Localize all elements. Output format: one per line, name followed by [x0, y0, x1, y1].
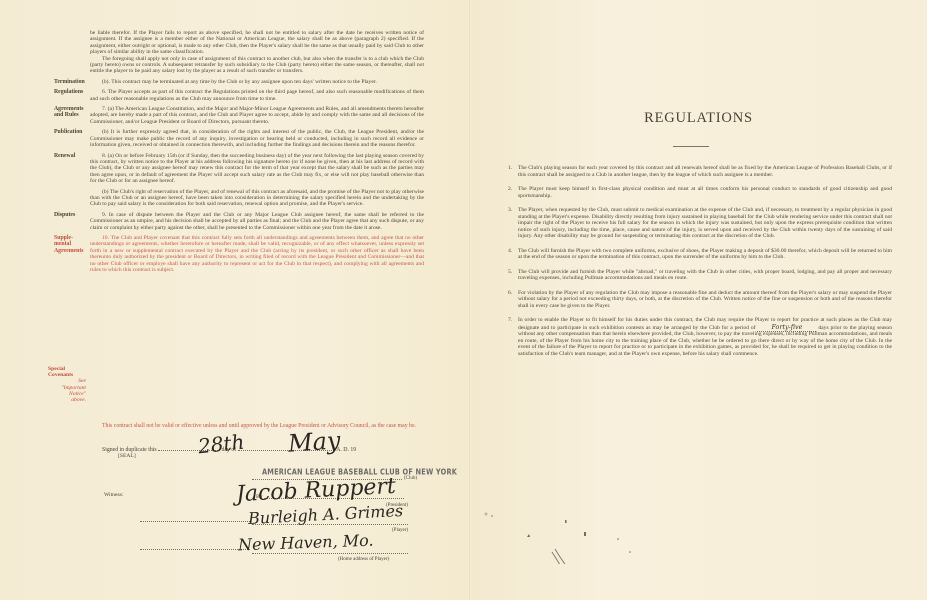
intro-block: be liable therefor. If the Player fails … [54, 30, 424, 75]
special-covenants-title: Special Covenants [48, 366, 90, 378]
seal-label: [SEAL] [118, 453, 136, 459]
section-disputes: Disputes 9. In case of dispute between t… [54, 212, 424, 231]
regulation-item: 3. The Player, when requested by the Clu… [508, 207, 892, 240]
regulation-text: For violation by the Player of any regul… [518, 290, 892, 310]
regulation-number: 4. [508, 248, 518, 261]
address-caption: (Home address of Player) [338, 557, 389, 562]
witness-label: Witness: [104, 492, 123, 498]
special-covenants-note: above. [48, 397, 90, 403]
regulation-item: 4. The Club will furnish the Player with… [508, 248, 892, 261]
section-label [54, 189, 90, 208]
section-text: 6. The Player accepts as part of this co… [90, 89, 424, 102]
section-text: (b). This contract may be terminated at … [90, 79, 424, 85]
regulation-number: 5. [508, 269, 518, 282]
section-label: Supple- mental Agreements [54, 235, 90, 273]
section-label: Regulations [54, 89, 90, 102]
regulation-text: The Club's playing season for each year … [518, 165, 892, 178]
regulation-number: 1. [508, 165, 518, 178]
player-caption: (Player) [392, 528, 408, 533]
approval-notice: This contract shall not be valid or effe… [90, 423, 424, 429]
regulation-item-7: 7. In order to enable the Player to fit … [508, 317, 892, 357]
ink-specks [480, 494, 660, 564]
page-fold [469, 0, 471, 600]
special-covenants: Special Covenants See "Important Notice"… [48, 366, 90, 403]
section-label: Renewal [54, 153, 90, 185]
regulation-item: 1. The Club's playing season for each ye… [508, 165, 892, 178]
regulation-text: In order to enable the Player to fit him… [518, 317, 892, 357]
handwritten-month: May [287, 426, 341, 458]
regulation-number: 3. [508, 207, 518, 240]
regulation-text: The Player, when requested by the Club, … [518, 207, 892, 240]
regulation-text: The Club will provide and furnish the Pl… [518, 269, 892, 282]
address-line [252, 553, 408, 554]
section-text: (b) The Club's right of reservation of t… [90, 189, 424, 208]
intro-paragraph: be liable therefor. If the Player fails … [90, 30, 424, 56]
regulation-number: 6. [508, 290, 518, 310]
section-renewal: Renewal 8. (a) On or before February 15t… [54, 153, 424, 185]
section-label: Publication [54, 129, 90, 148]
witness-line [140, 521, 250, 522]
regulation-number: 7. [508, 317, 518, 357]
section-label: Termination [54, 79, 90, 85]
regulations-list: 1. The Club's playing season for each ye… [508, 165, 892, 365]
section-reservation: (b) The Club's right of reservation of t… [54, 189, 424, 208]
club-caption: (Club) [404, 476, 417, 481]
title-rule [673, 146, 709, 147]
section-supplemental-agreements: Supple- mental Agreements 10. The Club a… [54, 235, 424, 273]
regulation-item: 5. The Club will provide and furnish the… [508, 269, 892, 282]
regulation-number: 2. [508, 186, 518, 199]
regulation-text: The Club will furnish the Player with tw… [518, 248, 892, 261]
witness-line [140, 549, 250, 550]
section-text: 7. (a) The American League Constitution,… [90, 106, 424, 125]
section-regulations: Regulations 6. The Player accepts as par… [54, 89, 424, 102]
section-text: 10. The Club and Player covenant that th… [90, 235, 424, 273]
section-text: 9. In case of dispute between the Player… [90, 212, 424, 231]
handwritten-day: 28th [197, 430, 246, 459]
section-text: 8. (a) On or before February 15th (or if… [90, 153, 424, 185]
section-termination: Termination (b). This contract may be te… [54, 79, 424, 85]
intro-paragraph: The foregoing shall apply not only in ca… [90, 56, 424, 75]
section-label: Disputes [54, 212, 90, 231]
section-text: (b) It is further expressly agreed that,… [90, 129, 424, 148]
contract-body: be liable therefor. If the Player fails … [54, 30, 424, 277]
regulation-item: 6. For violation by the Player of any re… [508, 290, 892, 310]
regulation-item: 2. The Player must keep himself in first… [508, 186, 892, 199]
section-label: Agreements and Rules [54, 106, 90, 125]
section-publication: Publication (b) It is further expressly … [54, 129, 424, 148]
regulations-title: REGULATIONS [470, 110, 927, 127]
section-agreements-rules: Agreements and Rules 7. (a) The American… [54, 106, 424, 125]
regulation-text: The Player must keep himself in first-cl… [518, 186, 892, 199]
